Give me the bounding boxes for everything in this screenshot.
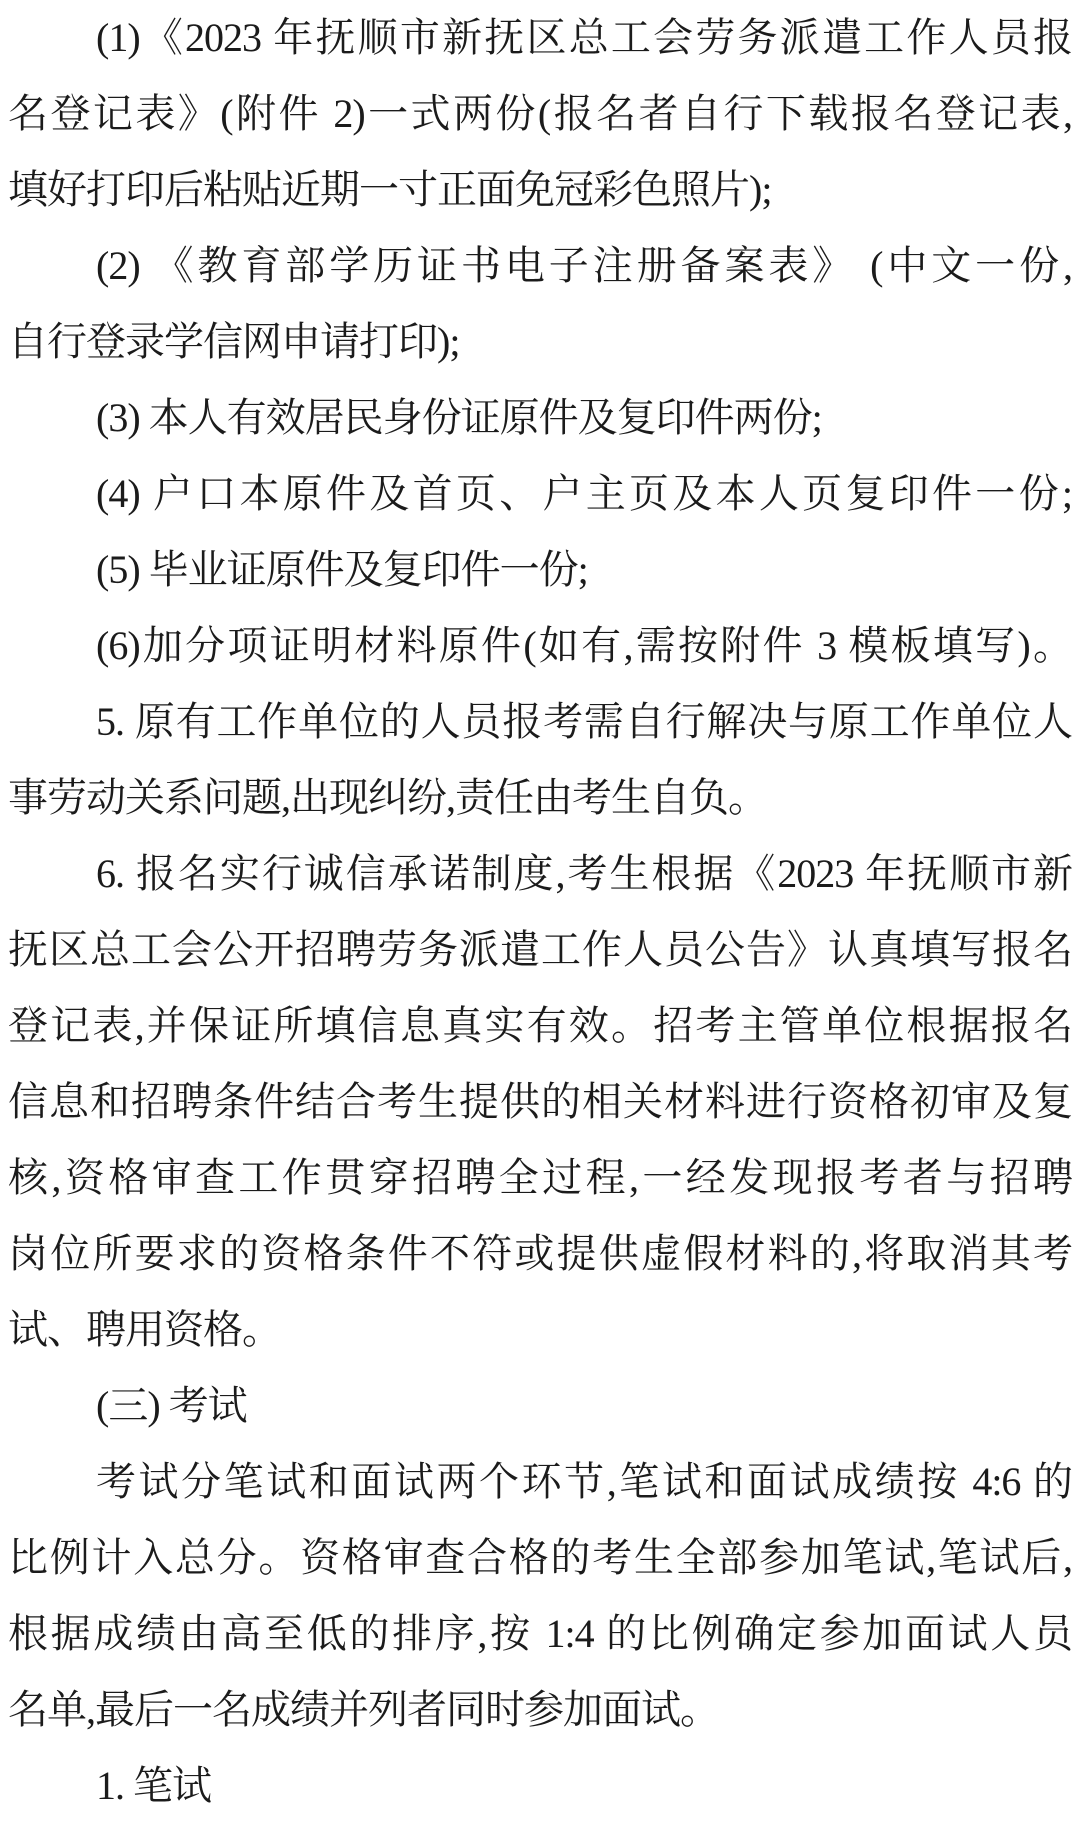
list-item-attachment-4: (4) 户口本原件及首页、户主页及本人页复印件一份; [8, 456, 1072, 532]
text-line: 事劳动关系问题,出现纠纷,责任由考生自负。 [8, 760, 1072, 836]
text-line: 考试分笔试和面试两个环节,笔试和面试成绩按 4:6 的 [8, 1444, 1072, 1520]
subheading-written-test: 1. 笔试 [8, 1748, 1072, 1824]
text-line: 试、聘用资格。 [8, 1292, 1072, 1368]
document-page: (1)《2023 年抚顺市新抚区总工会劳务派遣工作人员报 名登记表》(附件 2)… [0, 0, 1080, 1824]
text-line: (2) 《教育部学历证书电子注册备案表》 (中文一份, [8, 228, 1072, 304]
list-item-attachment-6: (6)加分项证明材料原件(如有,需按附件 3 模板填写)。 [8, 608, 1072, 684]
text-line: 抚区总工会公开招聘劳务派遣工作人员公告》认真填写报名 [8, 912, 1072, 988]
text-line: 1. 笔试 [8, 1748, 1072, 1824]
clause-5-original-employer: 5. 原有工作单位的人员报考需自行解决与原工作单位人 事劳动关系问题,出现纠纷,… [8, 684, 1072, 836]
text-line: 登记表,并保证所填信息真实有效。招考主管单位根据报名 [8, 988, 1072, 1064]
text-line: 根据成绩由高至低的排序,按 1:4 的比例确定参加面试人员 [8, 1596, 1072, 1672]
text-line: 信息和招聘条件结合考生提供的相关材料进行资格初审及复 [8, 1064, 1072, 1140]
text-line: 名单,最后一名成绩并列者同时参加面试。 [8, 1672, 1072, 1748]
list-item-attachment-2: (2) 《教育部学历证书电子注册备案表》 (中文一份, 自行登录学信网申请打印)… [8, 228, 1072, 380]
list-item-attachment-5: (5) 毕业证原件及复印件一份; [8, 532, 1072, 608]
text-line: 核,资格审查工作贯穿招聘全过程,一经发现报考者与招聘 [8, 1140, 1072, 1216]
text-line: 比例计入总分。资格审查合格的考生全部参加笔试,笔试后, [8, 1520, 1072, 1596]
text-line: 填好打印后粘贴近期一寸正面免冠彩色照片); [8, 152, 1072, 228]
text-line: 自行登录学信网申请打印); [8, 304, 1072, 380]
text-line: 名登记表》(附件 2)一式两份(报名者自行下载报名登记表, [8, 76, 1072, 152]
text-line: (1)《2023 年抚顺市新抚区总工会劳务派遣工作人员报 [8, 0, 1072, 76]
text-line: (6)加分项证明材料原件(如有,需按附件 3 模板填写)。 [8, 608, 1072, 684]
text-line: (3) 本人有效居民身份证原件及复印件两份; [8, 380, 1072, 456]
section-heading-text: (三) 考试 [8, 1368, 1072, 1444]
section-heading-exam: (三) 考试 [8, 1368, 1072, 1444]
list-item-attachment-3: (3) 本人有效居民身份证原件及复印件两份; [8, 380, 1072, 456]
paragraph-exam-process: 考试分笔试和面试两个环节,笔试和面试成绩按 4:6 的 比例计入总分。资格审查合… [8, 1444, 1072, 1748]
clause-6-integrity-pledge: 6. 报名实行诚信承诺制度,考生根据《2023 年抚顺市新 抚区总工会公开招聘劳… [8, 836, 1072, 1368]
text-line: 6. 报名实行诚信承诺制度,考生根据《2023 年抚顺市新 [8, 836, 1072, 912]
text-line: (4) 户口本原件及首页、户主页及本人页复印件一份; [8, 456, 1072, 532]
text-line: (5) 毕业证原件及复印件一份; [8, 532, 1072, 608]
text-line: 岗位所要求的资格条件不符或提供虚假材料的,将取消其考 [8, 1216, 1072, 1292]
list-item-attachment-1: (1)《2023 年抚顺市新抚区总工会劳务派遣工作人员报 名登记表》(附件 2)… [8, 0, 1072, 228]
text-line: 5. 原有工作单位的人员报考需自行解决与原工作单位人 [8, 684, 1072, 760]
